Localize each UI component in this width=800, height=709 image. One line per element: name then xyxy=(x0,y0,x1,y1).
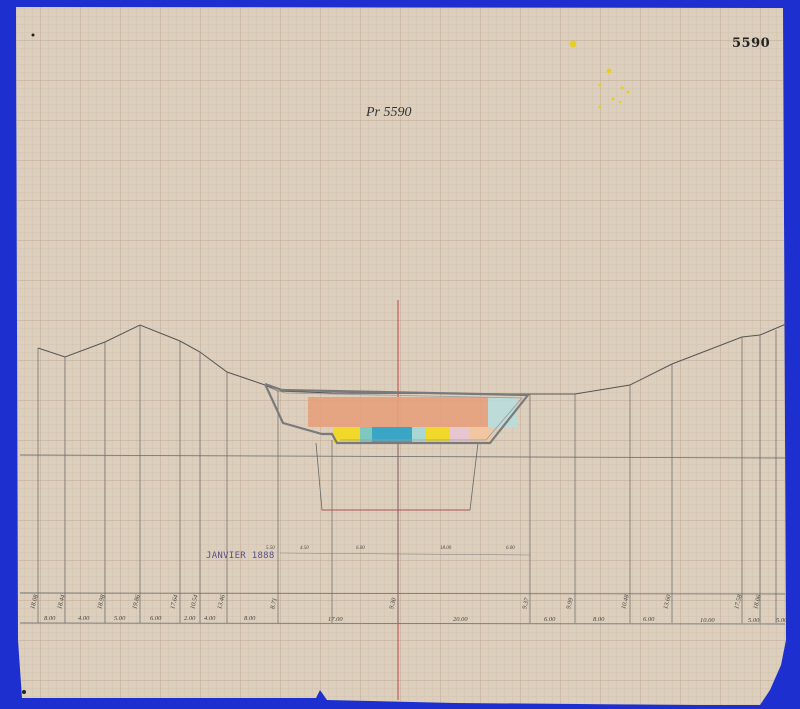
scale-label: 4.50 xyxy=(300,546,309,551)
scale-label: 6.00 xyxy=(356,546,365,551)
channel-fill xyxy=(308,397,518,443)
distance-label: 6.00 xyxy=(150,615,161,622)
scale-label: 6.00 xyxy=(506,546,515,551)
distance-label: 6.00 xyxy=(544,616,555,623)
document-number: 5590 xyxy=(732,36,770,51)
scale-label: 5.50 xyxy=(266,546,275,551)
distance-label: 2.00 xyxy=(184,615,195,622)
distance-label: 4.00 xyxy=(78,615,89,622)
distance-label: 4.00 xyxy=(204,615,215,622)
distance-label: 8.00 xyxy=(44,615,55,622)
distance-label: 8.00 xyxy=(244,615,255,622)
distance-label: 10.00 xyxy=(700,617,715,624)
distance-label: 5.00 xyxy=(776,617,787,624)
distance-label: 20.00 xyxy=(453,616,468,623)
distance-label: 5.00 xyxy=(748,617,759,624)
date-stamp: JANVIER 1888 xyxy=(206,551,275,561)
distance-label: 8.00 xyxy=(593,616,604,623)
plan-reference: Pr 5590 xyxy=(366,105,412,121)
scale-label: 18.00 xyxy=(440,546,451,551)
distance-label: 5.00 xyxy=(114,615,125,622)
distance-label: 17.00 xyxy=(328,616,343,623)
distance-label: 6.00 xyxy=(643,616,654,623)
